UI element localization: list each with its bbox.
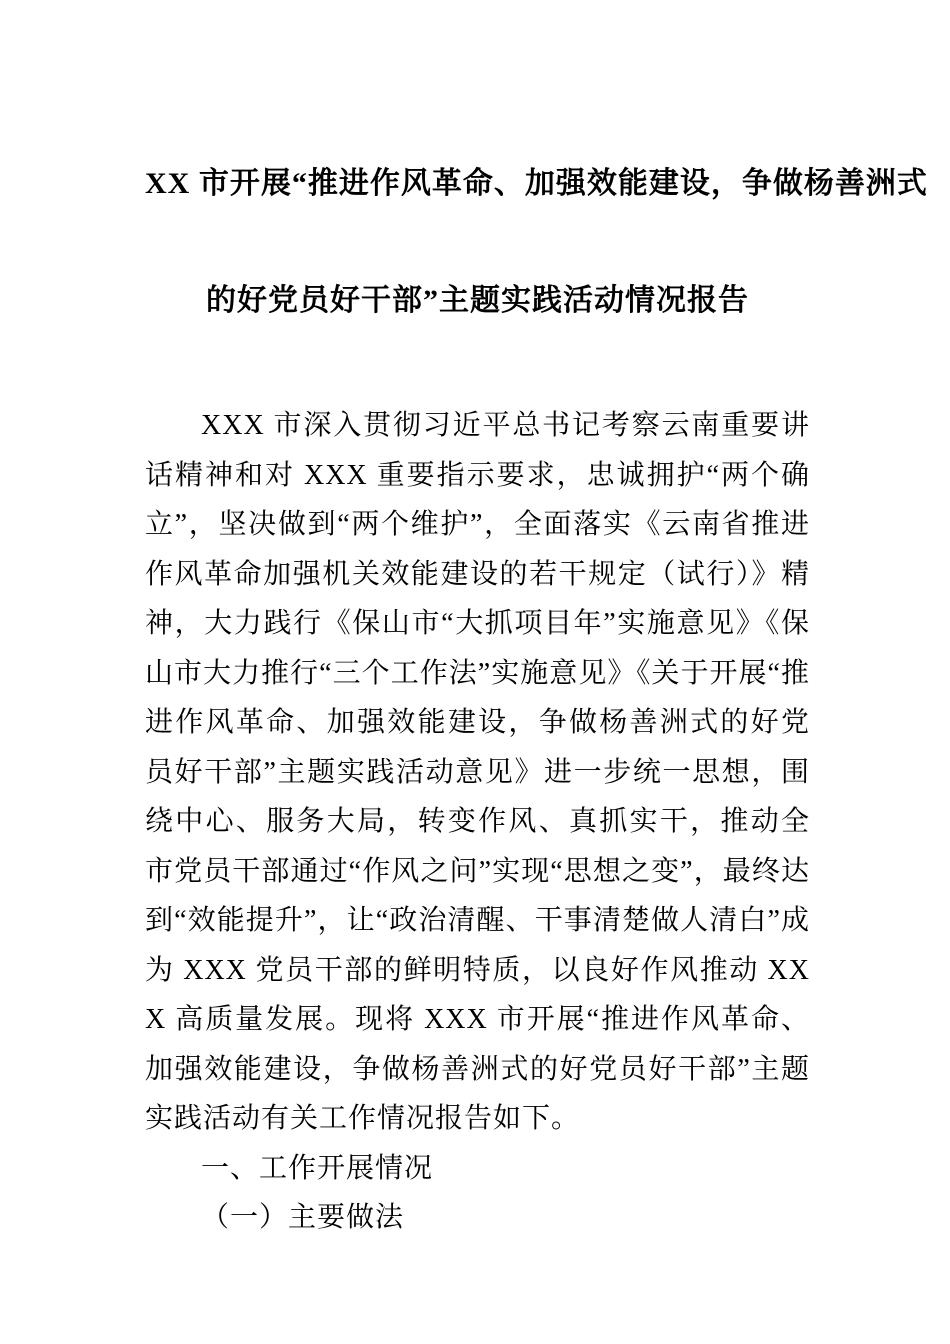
subsection-heading: （一）主要做法 — [145, 1193, 810, 1243]
document-title-line-1: XX 市开展“推进作风革命、加强效能建设，争做杨善洲式 — [145, 125, 810, 242]
document-title: XX 市开展“推进作风革命、加强效能建设，争做杨善洲式 的好党员好干部”主题实践… — [145, 125, 810, 359]
document-content: XX 市开展“推进作风革命、加强效能建设，争做杨善洲式 的好党员好干部”主题实践… — [0, 0, 950, 1243]
section-heading: 一、工作开展情况 — [145, 1144, 810, 1194]
document-title-line-2: 的好党员好干部”主题实践活动情况报告 — [145, 242, 810, 359]
document-page: XX 市开展“推进作风革命、加强效能建设，争做杨善洲式 的好党员好干部”主题实践… — [0, 0, 950, 1344]
intro-paragraph: XXX 市深入贯彻习近平总书记考察云南重要讲话精神和对 XXX 重要指示要求，忠… — [145, 401, 810, 1144]
